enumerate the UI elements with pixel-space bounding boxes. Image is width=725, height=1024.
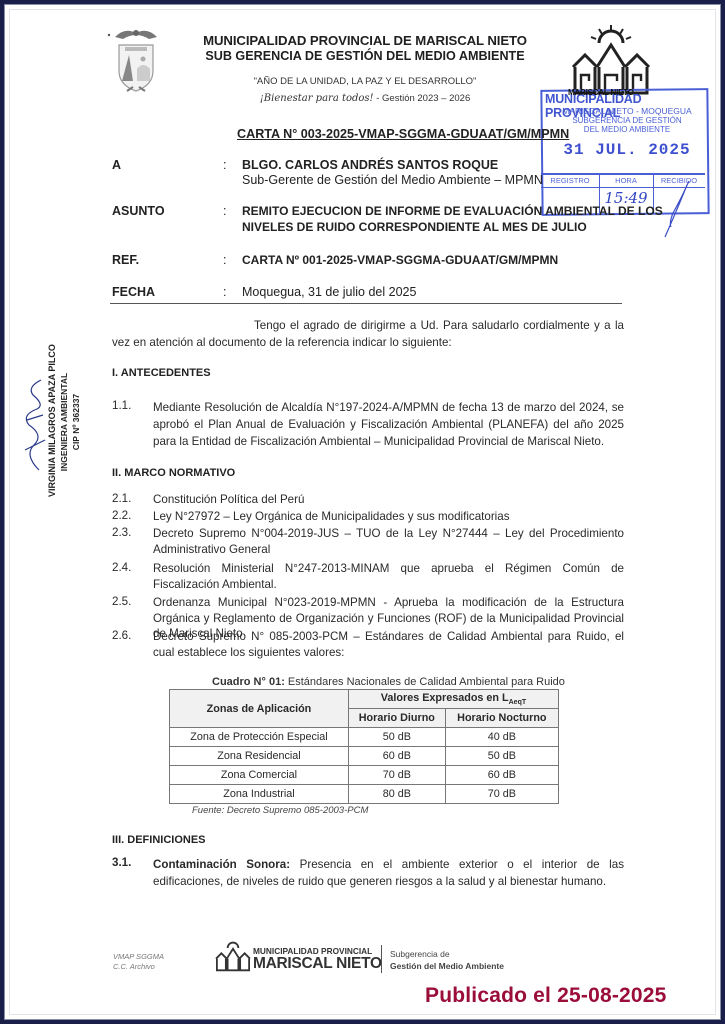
published-date-banner: Publicado el 25-08-2025 <box>425 984 667 1008</box>
col-header-diurno: Horario Diurno <box>348 709 445 728</box>
signer-cip: CIP Nº 362337 <box>71 347 81 497</box>
org-title: MUNICIPALIDAD PROVINCIAL DE MARISCAL NIE… <box>190 33 540 48</box>
cell-nocturno: 40 dB <box>445 728 558 747</box>
subject-line1: REMITO EJECUCION DE INFORME DE EVALUACIÓ… <box>242 204 663 218</box>
item-number: 3.1. <box>112 856 131 869</box>
item-number: 2.6. <box>112 629 131 642</box>
definition-term: Contaminación Sonora: <box>153 858 290 871</box>
cell-nocturno: 50 dB <box>445 747 558 766</box>
item-text: Resolución Ministerial N°247-2013-MINAM … <box>153 561 624 592</box>
section-heading-marco-normativo: II. MARCO NORMATIVO <box>112 467 235 479</box>
footer-divider <box>381 945 382 973</box>
item-number: 2.4. <box>112 561 131 574</box>
section-heading-definiciones: III. DEFINICIONES <box>112 834 206 846</box>
recipient-name: BLGO. CARLOS ANDRÉS SANTOS ROQUE <box>242 158 498 172</box>
stamp-line4: DEL MEDIO AMBIENTE <box>549 125 705 134</box>
cell-zona: Zona Comercial <box>170 766 349 785</box>
footer-logo-big-text: MARISCAL NIETO <box>253 955 382 973</box>
cell-diurno: 80 dB <box>348 785 445 804</box>
footer-subgerencia: Subgerencia de <box>390 949 450 959</box>
cell-zona: Zona de Protección Especial <box>170 728 349 747</box>
item-text: Constitución Política del Perú <box>153 492 624 508</box>
cell-diurno: 60 dB <box>348 747 445 766</box>
stamp-signature-stroke <box>659 179 699 239</box>
cell-zona: Zona Residencial <box>170 747 349 766</box>
table-row: Zona Residencial60 dB50 dB <box>170 747 559 766</box>
header-divider <box>110 303 622 304</box>
col-header-valores: Valores Expresados en LAeqT <box>348 690 558 709</box>
item-number: 2.1. <box>112 492 131 505</box>
gestion-line: ¡Bienestar para todos! - Gestión 2023 – … <box>190 93 540 104</box>
slogan: ¡Bienestar para todos! <box>260 93 374 104</box>
coat-of-arms-icon <box>105 25 167 97</box>
cell-nocturno: 60 dB <box>445 766 558 785</box>
table-caption: Cuadro N° 01: Estándares Nacionales de C… <box>212 676 565 688</box>
cell-diurno: 70 dB <box>348 766 445 785</box>
date-label: FECHA <box>112 285 155 299</box>
signature-block: VIRGINIA MILAGROS APAZA PILCO INGENIERA … <box>19 355 97 505</box>
signer-name: VIRGINIA MILAGROS APAZA PILCO <box>47 347 57 497</box>
item-text: Decreto Supremo N° 085-2003-PCM – Estánd… <box>153 629 624 660</box>
cell-nocturno: 70 dB <box>445 785 558 804</box>
subject-line2: NIVELES DE RUIDO CORRESPONDIENTE AL MES … <box>242 220 587 234</box>
colon: : <box>223 204 226 218</box>
item-number: 2.5. <box>112 595 131 608</box>
to-label: A <box>112 158 121 172</box>
stamp-line3: SUBGERENCIA DE GESTIÓN <box>549 116 705 125</box>
item-text: Decreto Supremo N°004-2019-JUS – TUO de … <box>153 526 624 557</box>
gestion-period: - Gestión 2023 – 2026 <box>374 93 471 104</box>
subject-label: ASUNTO <box>112 204 165 218</box>
year-motto: "AÑO DE LA UNIDAD, LA PAZ Y EL DESARROLL… <box>190 76 540 87</box>
date-value: Moquegua, 31 de julio del 2025 <box>242 285 416 299</box>
org-subtitle: SUB GERENCIA DE GESTIÓN DEL MEDIO AMBIEN… <box>190 49 540 63</box>
stamp-line2: MARISCAL NIETO - MOQUEGUA <box>549 106 705 116</box>
table-source: Fuente: Decreto Supremo 085-2003-PCM <box>192 805 368 816</box>
reference-value: CARTA Nº 001-2025-VMAP-SGGMA-GDUAAT/GM/M… <box>242 253 558 267</box>
section-heading-antecedentes: I. ANTECEDENTES <box>112 367 211 379</box>
stamp-date: 31 JUL. 2025 <box>549 141 705 159</box>
item-number: 1.1. <box>112 399 131 412</box>
handwritten-signature-icon <box>19 375 49 475</box>
table-body: Zona de Protección Especial50 dB40 dBZon… <box>170 728 559 804</box>
cell-diurno: 50 dB <box>348 728 445 747</box>
stamp-hora-label: HORA <box>599 176 653 188</box>
item-text: Mediante Resolución de Alcaldía N°197-20… <box>153 399 624 450</box>
cell-zona: Zona Industrial <box>170 785 349 804</box>
noise-standards-table: Zonas de Aplicación Valores Expresados e… <box>169 689 559 804</box>
document-page: MUNICIPALIDAD PROVINCIAL DE MARISCAL NIE… <box>4 4 721 1020</box>
table-row: Zona Industrial80 dB70 dB <box>170 785 559 804</box>
letter-number: CARTA N° 003-2025-VMAP-SGGMA-GDUAAT/GM/M… <box>237 127 569 141</box>
footer-logo-icon <box>213 939 253 973</box>
reference-label: REF. <box>112 253 139 267</box>
reception-stamp: MUNICIPALIDAD PROVINCIAL MARISCAL NIETO … <box>539 89 709 215</box>
colon: : <box>223 285 226 299</box>
table-caption-label: Cuadro N° 01: <box>212 676 285 688</box>
col-header-zona: Zonas de Aplicación <box>170 690 349 728</box>
colon: : <box>223 158 226 172</box>
item-text: Ley N°27972 – Ley Orgánica de Municipali… <box>153 509 624 525</box>
recipient-title: Sub-Gerente de Gestión del Medio Ambient… <box>242 173 543 187</box>
item-number: 2.2. <box>112 509 131 522</box>
footer-gestion: Gestión del Medio Ambiente <box>390 961 504 971</box>
definition-text: Contaminación Sonora: Presencia en el am… <box>153 856 624 890</box>
logo-caption: MARISCAL NIETO <box>568 88 634 97</box>
footer-cc: C.C. Archivo <box>113 962 155 971</box>
stamp-registro-label: REGISTRO <box>541 176 599 188</box>
col-header-nocturno: Horario Nocturno <box>445 709 558 728</box>
signer-role: INGENIERA AMBIENTAL <box>59 347 69 497</box>
col-group-label: Valores Expresados en L <box>381 692 509 704</box>
col-group-sub: AeqT <box>509 699 527 706</box>
table-row: Zona Comercial70 dB60 dB <box>170 766 559 785</box>
item-number: 2.3. <box>112 526 131 539</box>
table-row: Zona de Protección Especial50 dB40 dB <box>170 728 559 747</box>
intro-paragraph: Tengo el agrado de dirigirme a Ud. Para … <box>112 317 624 351</box>
table-caption-text: Estándares Nacionales de Calidad Ambient… <box>285 676 565 688</box>
footer-initials: VMAP SGGMA <box>113 952 164 961</box>
colon: : <box>223 253 226 267</box>
